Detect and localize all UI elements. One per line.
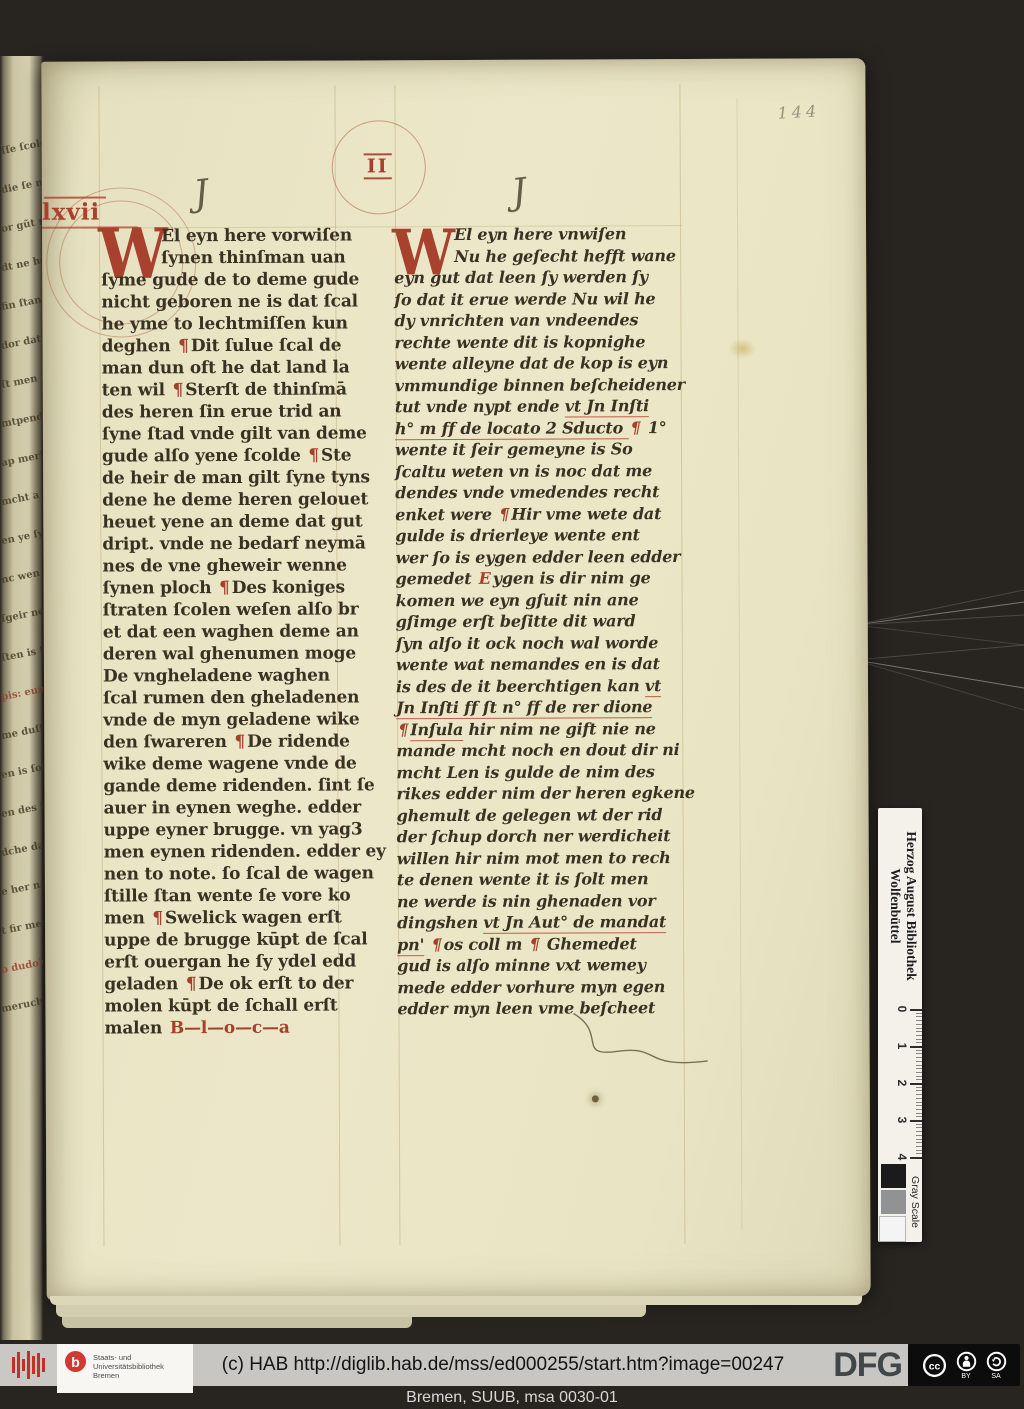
facing-page-text-fragment: mtpende bbox=[0, 411, 43, 430]
digitized-manuscript-viewer: ſſe ſcolendie ſe nderor gũt nidt ne heft… bbox=[0, 0, 1024, 1409]
gray-scale-white-patch bbox=[879, 1216, 906, 1242]
manuscript-text-line: ſtille ſtan wente ſe vore ko bbox=[104, 884, 344, 907]
page-stack-edge bbox=[62, 1317, 412, 1328]
manuscript-text-line: man dun oft he dat land la bbox=[102, 356, 342, 379]
manuscript-text-line: dene he deme heren gelouet bbox=[102, 488, 342, 511]
manuscript-text-line: men eynen ridenden. edder ey bbox=[104, 840, 344, 863]
manuscript-text-line: De vngheladene waghen bbox=[103, 664, 343, 687]
manuscript-text-line: dingshen vt Jn Aut° de mandat bbox=[397, 911, 689, 934]
suub-bars-logo-icon bbox=[0, 1344, 57, 1386]
cc-license-badge: cc BY SA bbox=[908, 1344, 1020, 1386]
manuscript-text-line: gude alſo yene ſcolde ¶Ste bbox=[102, 444, 342, 467]
facing-page-text-fragment: die ſe nder bbox=[0, 177, 43, 196]
facing-page-text-fragment: ap merk bbox=[0, 450, 43, 469]
manuscript-text-line: der ſchup dorch ner werdicheit bbox=[397, 825, 689, 848]
bremen-b-logo-icon: b bbox=[65, 1351, 86, 1372]
manuscript-page: lxvii II 144 J J W W El eyn here vorwiſe… bbox=[41, 58, 870, 1300]
facing-page-text-fragment: en ye ſyn bbox=[0, 528, 43, 547]
calibration-card-title: Herzog August Bibliothek Wolfenbüttel bbox=[887, 808, 919, 1004]
facing-page-text-fragment: en is ſolt bbox=[0, 762, 43, 781]
facing-page-text-fragment: ſgeir ne dr bbox=[0, 606, 43, 625]
manuscript-text-line: et dat een waghen deme an bbox=[103, 620, 343, 643]
manuscript-text-line: Nu he geſecht hefft wane bbox=[394, 244, 686, 267]
manuscript-text-line: gud is alſo minne vxt wemey bbox=[397, 954, 689, 977]
manuscript-text-line: vmmundige binnen beſcheidener bbox=[395, 373, 687, 396]
manuscript-text-line: mande mcht noch en dout dir ni bbox=[396, 739, 688, 762]
manuscript-text-line: des heren ſin erue trid an bbox=[102, 400, 342, 423]
cc-icon: cc bbox=[922, 1353, 947, 1378]
facing-page-text-fragment: ſt men ſe bbox=[0, 372, 43, 391]
manuscript-text-line: ſyne ſtad vnde gilt van deme bbox=[102, 422, 342, 445]
cc-sa-icon: SA bbox=[986, 1351, 1007, 1380]
manuscript-text-line: gulde is drierleye wente ent bbox=[395, 524, 687, 547]
manuscript-text-line: Jn Inſti ff ſt n° ff de rer dione bbox=[396, 696, 688, 719]
facing-page-text-fragment: dt ne heft bbox=[0, 255, 43, 274]
manuscript-text-line: tut vnde nypt ende vt Jn Inſti bbox=[395, 395, 687, 418]
manuscript-text-line: is des de it beerchtigen kan vt bbox=[396, 674, 688, 697]
manuscript-text-line: ¶Inſula hir nim ne gift nie ne bbox=[396, 717, 688, 740]
numeral-top-bar bbox=[44, 197, 106, 199]
manuscript-text-line: El eyn here vorwiſen bbox=[101, 224, 341, 247]
dfg-logo: DFG bbox=[833, 1344, 902, 1386]
manuscript-text-line: geladen ¶De ok erſt to der bbox=[104, 972, 344, 995]
manuscript-text-line: wer ſo is eygen edder leen edder bbox=[395, 545, 687, 568]
manuscript-text-line: de heir de man gilt ſyne tyns bbox=[102, 466, 342, 489]
ruler-number: 0 bbox=[895, 1002, 909, 1016]
manuscript-text-line: te denen wente it is ſolt men bbox=[397, 868, 689, 891]
facing-page-text-fragment: or gũt ni bbox=[0, 216, 43, 235]
previous-page-edge: ſſe ſcolendie ſe nderor gũt nidt ne heft… bbox=[0, 56, 43, 1340]
chapter-numeral: lxvii bbox=[42, 200, 100, 226]
manuscript-text-line: den ſwareren ¶De ridende bbox=[103, 730, 343, 753]
facing-page-text-fragment: dche dan bbox=[0, 840, 43, 859]
facing-page-text-fragment: o dudo's bbox=[0, 957, 43, 976]
facing-page-text-fragment: me duſſt bbox=[0, 723, 43, 742]
manuscript-text-line: men ¶Swelick wagen erſt bbox=[104, 906, 344, 929]
manuscript-text-line: wente alleyne dat de kop is eyn bbox=[395, 352, 687, 375]
manuscript-text-line: deren wal ghenumen moge bbox=[103, 642, 343, 665]
manuscript-text-line: dript. vnde ne bedarf neymā bbox=[102, 532, 342, 555]
manuscript-text-line: rechte wente dit is kopnighe bbox=[394, 330, 686, 353]
manuscript-text-line: nicht geboren ne is dat ſcal bbox=[101, 290, 341, 313]
gray-scale-gray-patch bbox=[881, 1190, 906, 1214]
manuscript-text-line: mede edder vorhure myn egen bbox=[397, 975, 689, 998]
manuscript-text-line: wente it ſeir gemeyne is So bbox=[395, 438, 687, 461]
manuscript-text-line: ſtraten ſcolen weſen alſo br bbox=[103, 598, 343, 621]
manuscript-text-line: gande deme ridenden. ſint ſe bbox=[103, 774, 343, 797]
manuscript-text-line: nen to note. ſo ſcal de wagen bbox=[104, 862, 344, 885]
gray-scale-black-patch bbox=[881, 1164, 906, 1188]
paraph-mark: J bbox=[510, 171, 529, 213]
manuscript-text-line: uppe eyner brugge. vn yag3 bbox=[104, 818, 344, 841]
gray-scale-patches: Gray Scale bbox=[878, 1162, 922, 1242]
column-number-mark: II bbox=[332, 120, 424, 212]
manuscript-text-line: erſt ouergan he ſy ydel edd bbox=[104, 950, 344, 973]
calibration-card: Herzog August Bibliothek Wolfenbüttel 01… bbox=[878, 808, 922, 1242]
text-column-left: El eyn here vorwiſenſynen thinſman uanſy… bbox=[101, 224, 345, 1039]
manuscript-text-line: ſynen ploch ¶Des koniges bbox=[103, 576, 343, 599]
page-stack-edge bbox=[50, 1296, 862, 1305]
library-identity-block: b Staats- und Universitätsbibliothek Bre… bbox=[57, 1344, 193, 1393]
manuscript-text-line: El eyn here vnwiſen bbox=[394, 223, 686, 246]
manuscript-text-line: ſyn alſo it ock noch wal worde bbox=[396, 631, 688, 654]
manuscript-text-line: komen we eyn gſuit nin ane bbox=[396, 588, 688, 611]
manuscript-text-line: gemedet Eygen is dir nim ge bbox=[396, 567, 688, 590]
manuscript-text-line: dendes vnde vmedendes recht bbox=[395, 481, 687, 504]
facing-page-text-fragment: en des it bbox=[0, 801, 43, 820]
pen-flourish bbox=[545, 1007, 715, 1078]
manuscript-text-line: willen hir nim mot men to rech bbox=[397, 846, 689, 869]
copyright-url-text: (c) HAB http://diglib.hab.de/mss/ed00025… bbox=[203, 1344, 803, 1386]
manuscript-text-line: wike deme wagene vnde de bbox=[103, 752, 343, 775]
manuscript-text-line: dy vnrichten van vndeendes bbox=[394, 309, 686, 332]
manuscript-text-line: uppe de brugge kūpt de ſcal bbox=[104, 928, 344, 951]
facing-page-text-fragment: meruche bbox=[0, 996, 43, 1015]
copyright-bar: (c) HAB http://diglib.hab.de/mss/ed00025… bbox=[193, 1344, 908, 1386]
facing-page-text-fragment: ſten is tz bbox=[0, 645, 43, 664]
gray-scale-label: Gray Scale bbox=[909, 1162, 921, 1242]
manuscript-text-line: molen kūpt de ſchall erſt bbox=[104, 994, 344, 1017]
manuscript-text-line: vnde de myn geladene wike bbox=[103, 708, 343, 731]
page-stack-edge bbox=[56, 1305, 646, 1317]
manuscript-text-line: malen B—l—o—c—a bbox=[104, 1016, 344, 1039]
pencil-foliation: 144 bbox=[777, 101, 821, 122]
manuscript-text-line: ten wil ¶Sterſt de thinſmā bbox=[102, 378, 342, 401]
manuscript-text-line: he yme to lechtmiſſen kun bbox=[101, 312, 341, 335]
facing-page-text-fragment: fin ſtan ti bbox=[0, 294, 43, 313]
manuscript-text-line: ſcal rumen den gheladenen bbox=[103, 686, 343, 709]
manuscript-text-line: gſimge erſt beſitte dit ward bbox=[396, 610, 688, 633]
facing-page-text-fragment: e her nalm bbox=[0, 879, 43, 898]
parchment-stain bbox=[592, 1095, 599, 1102]
facing-page-text-fragment: mcht a bbox=[0, 489, 43, 508]
manuscript-text-line: ſo dat it erue werde Nu wil he bbox=[394, 287, 686, 310]
manuscript-text-line: enket were ¶Hir vme wete dat bbox=[395, 502, 687, 525]
manuscript-text-line: ſynen thinſman uan bbox=[101, 246, 341, 269]
manuscript-text-line: heuet yene an deme dat gut bbox=[102, 510, 342, 533]
ruler-number: 2 bbox=[895, 1076, 909, 1090]
parchment-stain bbox=[729, 339, 757, 359]
paraph-mark: J bbox=[192, 172, 211, 214]
manuscript-text-line: ſcaltu weten vn is noc dat me bbox=[395, 459, 687, 482]
svg-text:cc: cc bbox=[928, 1361, 940, 1372]
cc-by-icon: BY bbox=[956, 1351, 977, 1380]
manuscript-text-line: ne werde is nin ghenaden vor bbox=[397, 889, 689, 912]
manuscript-text-line: ghemult de gelegen wt der rid bbox=[397, 803, 689, 826]
manuscript-text-line: rikes edder nim der heren egkene bbox=[396, 782, 688, 805]
facing-page-text-fragment: ſſe ſcolen bbox=[0, 138, 43, 157]
manuscript-text-line: wente wat nemandes en is dat bbox=[396, 653, 688, 676]
text-column-right: El eyn here vnwiſenNu he geſecht hefft w… bbox=[394, 223, 689, 1020]
book-cradle-threads bbox=[845, 560, 1024, 730]
manuscript-text-line: eyn gut dat leen ſy werden ſy bbox=[394, 266, 686, 289]
manuscript-text-line: auer in eynen weghe. edder bbox=[104, 796, 344, 819]
facing-page-text-fragment: pis: eun bbox=[0, 684, 43, 703]
manuscript-text-line: ſyme gude de to deme gude bbox=[101, 268, 341, 291]
ruling-line bbox=[736, 99, 742, 1229]
ruler: 01234 bbox=[878, 1004, 922, 1164]
ruler-number: 1 bbox=[895, 1039, 909, 1053]
manuscript-text-line: pn' ¶os coll m ¶ Ghemedet bbox=[397, 932, 689, 955]
ruler-number: 3 bbox=[895, 1113, 909, 1127]
facing-page-text-fragment: t fir men bbox=[0, 918, 43, 937]
manuscript-text-line: h° m ff de locato 2 Sducto ¶ 1° bbox=[395, 416, 687, 439]
facing-page-text-fragment: nc wen bbox=[0, 567, 43, 586]
facing-page-text-fragment: dor dat w bbox=[0, 333, 43, 352]
shelfmark-caption: Bremen, SUUB, msa 0030-01 bbox=[0, 1389, 1024, 1407]
manuscript-text-line: deghen ¶Dit ſulue ſcal de bbox=[101, 334, 341, 357]
manuscript-text-line: nes de vne gheweir wenne bbox=[102, 554, 342, 577]
library-name: Staats- und Universitätsbibliothek Breme… bbox=[93, 1353, 164, 1380]
manuscript-text-line: mcht Len is gulde de nim des bbox=[396, 760, 688, 783]
